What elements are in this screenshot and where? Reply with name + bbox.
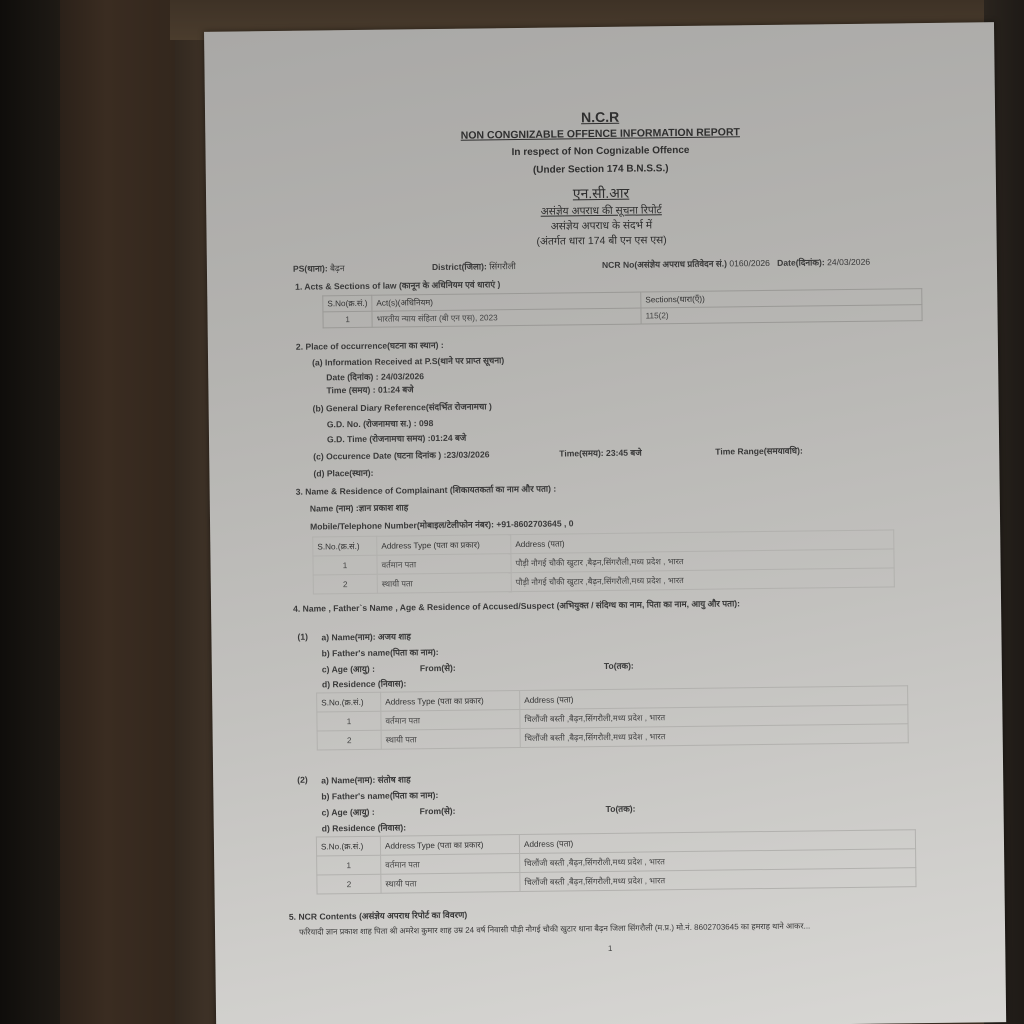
accused-1-age-from: From(से): bbox=[420, 662, 456, 674]
date-label: Date(दिनांक): bbox=[777, 257, 825, 268]
page-number: 1 bbox=[215, 939, 1005, 958]
section5-heading: 5. NCR Contents (असंज्ञेय अपराध रिपोर्ट … bbox=[289, 909, 467, 923]
ncr-document-page: N.C.R NON CONGNIZABLE OFFENCE INFORMATIO… bbox=[204, 22, 1006, 1024]
district-field: District(जिला): सिंगरौली bbox=[432, 260, 516, 273]
accused-2-age-to: To(तक): bbox=[605, 803, 635, 815]
accused-2-name: a) Name(नाम): संतोष शाह bbox=[321, 773, 411, 786]
info-received-time: Time (समय) : 01:24 बजे bbox=[326, 383, 413, 396]
accused-1-age-to: To(तक): bbox=[604, 660, 634, 672]
accused-2-age: c) Age (आयु) : bbox=[322, 806, 375, 819]
accused-2-index: (2) bbox=[297, 775, 308, 785]
background-dark-area bbox=[0, 0, 60, 1024]
occurrence-time: Time(समय): 23:45 बजे bbox=[559, 447, 642, 460]
accused-1-address-table: S.No.(क्र.सं.) Address Type (पता का प्रक… bbox=[316, 685, 909, 750]
complainant-address-table: S.No.(क्र.सं.) Address Type (पता का प्रक… bbox=[312, 529, 895, 594]
accused-2-age-from: From(से): bbox=[419, 805, 455, 817]
accused-1-index: (1) bbox=[297, 632, 308, 642]
complainant-mobile: Mobile/Telephone Number(मोबाइल/टेलीफोन न… bbox=[310, 517, 574, 532]
accused-1-residence: d) Residence (निवास): bbox=[322, 677, 406, 690]
ps-value: बैढ़न bbox=[330, 263, 345, 273]
gd-number: G.D. No. (रोजनामचा स.) : 098 bbox=[327, 417, 434, 430]
ps-field: PS(थाना): बैढ़न bbox=[293, 262, 345, 275]
ncr-no-value: 0160/2026 bbox=[729, 258, 770, 268]
occurrence-time-range: Time Range(समयावधि): bbox=[715, 445, 803, 458]
gd-time: G.D. Time (रोजनामचा समय) :01:24 बजे bbox=[327, 432, 466, 446]
section1-heading: 1. Acts & Sections of law (कानून के अधिन… bbox=[295, 278, 500, 293]
info-received-label: (a) Information Received at P.S(थाने पर … bbox=[312, 354, 504, 368]
doc-respect-line: In respect of Non Cognizable Offence bbox=[205, 141, 995, 162]
complainant-name: Name (नाम) :ज्ञान प्रकाश शाह bbox=[310, 501, 409, 514]
accused-2-residence: d) Residence (निवास): bbox=[322, 821, 406, 834]
district-value: सिंगरौली bbox=[489, 261, 516, 271]
acts-table: S.No(क्र.सं.) Act(s)(अधिनियम) Sections(ध… bbox=[322, 288, 922, 328]
occurrence-place: (d) Place(स्थान): bbox=[313, 467, 373, 480]
info-received-date: Date (दिनांक) : 24/03/2026 bbox=[326, 370, 424, 383]
section2-heading: 2. Place of occurrence(घटना का स्थान) : bbox=[296, 339, 444, 353]
date-value: 24/03/2026 bbox=[827, 257, 870, 268]
accused-2-father: b) Father's name(पिता का नाम): bbox=[321, 789, 438, 802]
ncr-no-field: NCR No(असंज्ञेय अपराध प्रतिवेदन सं.) 016… bbox=[602, 256, 870, 271]
accused-1-name: a) Name(नाम): अजय शाह bbox=[321, 630, 411, 643]
accused-2-address-table: S.No.(क्र.सं.) Address Type (पता का प्रक… bbox=[316, 829, 917, 894]
section3-heading: 3. Name & Residence of Complainant (शिका… bbox=[296, 483, 557, 498]
section4-heading: 4. Name , Father`s Name , Age & Residenc… bbox=[293, 597, 740, 614]
accused-1-father: b) Father's name(पिता का नाम): bbox=[322, 646, 439, 659]
ncr-content-text: फरियादी ज्ञान प्रकाश शाह पिता श्री अमरेश… bbox=[299, 920, 810, 937]
gd-reference-label: (b) General Diary Reference(संदर्भित रोज… bbox=[313, 400, 492, 414]
ncr-no-label: NCR No(असंज्ञेय अपराध प्रतिवेदन सं.) bbox=[602, 258, 727, 270]
doc-section-line: (Under Section 174 B.N.S.S.) bbox=[206, 159, 996, 180]
district-label: District(जिला): bbox=[432, 261, 487, 272]
occurrence-date: (c) Occurence Date (घटना दिनांक ) :23/03… bbox=[313, 448, 489, 462]
wooden-post bbox=[60, 0, 175, 1024]
ps-label: PS(थाना): bbox=[293, 263, 328, 273]
accused-1-age: c) Age (आयु) : bbox=[322, 663, 375, 676]
